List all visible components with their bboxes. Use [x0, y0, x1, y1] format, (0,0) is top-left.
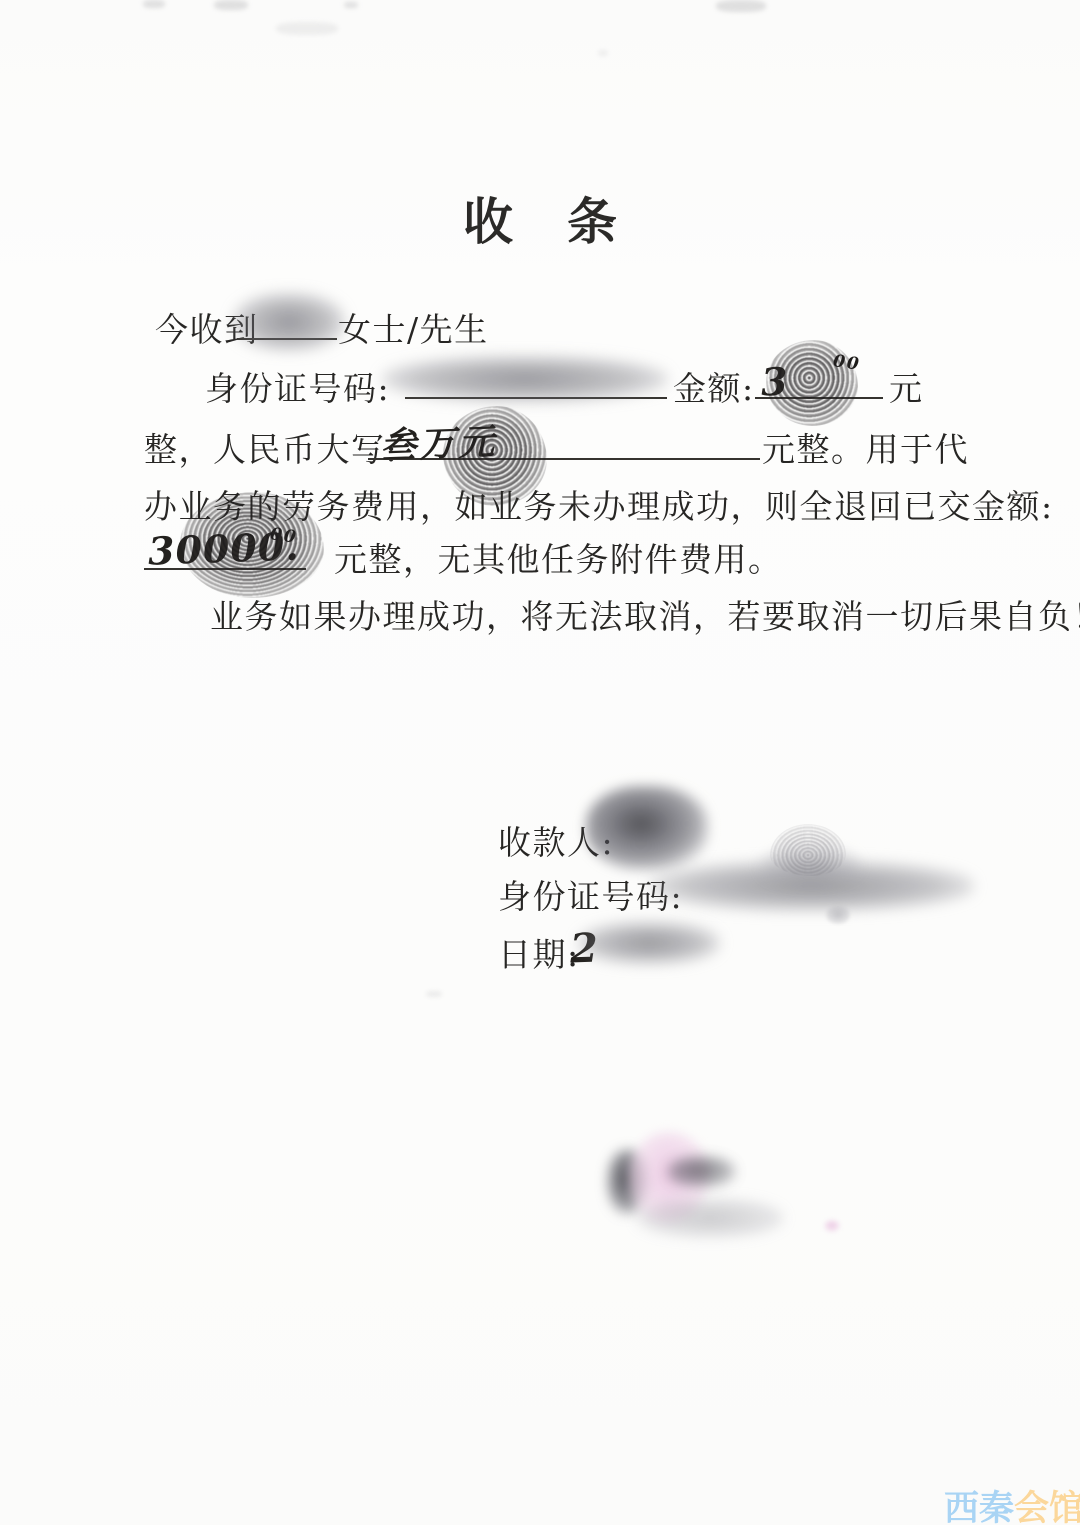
scan-artifact [598, 50, 608, 56]
amount-in-words-suffix: 元整。用于代 [762, 424, 969, 471]
scan-artifact [344, 2, 358, 8]
scan-artifact [426, 991, 442, 997]
line-received-from: 今收到 女士/先生 [155, 304, 635, 350]
pink-seal-dot [824, 1220, 840, 1232]
watermark-right: 会馆 [1014, 1489, 1080, 1525]
date-redaction [578, 922, 720, 964]
refund-clause-text: 元整，无其他任务附件费用。 [334, 534, 783, 581]
honorific-label: 女士/先生 [338, 304, 489, 351]
payer-id-redaction [382, 356, 668, 402]
line-cancellation-warning: 业务如果办理成功，将无法取消，若要取消一切后果自负！ [210, 591, 970, 631]
receipt-title: 收 条 [463, 182, 619, 254]
scan-artifact [143, 0, 165, 8]
payee-name-row: 收款人: [498, 817, 958, 861]
amount-in-words-label: 整，人民币大写: [144, 424, 398, 471]
amount-unit: 元 [889, 363, 924, 410]
stamp-date-smudge [636, 1198, 784, 1238]
payer-id-label: 身份证号码: [205, 363, 390, 410]
payee-fingerprint-smear [760, 845, 860, 885]
scan-artifact [214, 0, 248, 10]
scan-artifact [276, 22, 338, 35]
stamp-text-smudge [668, 1156, 736, 1188]
watermark-left: 西秦 [944, 1489, 1014, 1525]
amount-label: 金额: [673, 363, 755, 410]
cancellation-warning-text: 业务如果办理成功，将无法取消，若要取消一切后果自负！ [210, 591, 1080, 638]
amount-fingerprint [766, 340, 858, 426]
payer-name-redaction [233, 293, 345, 351]
refund-amount-fingerprint [180, 492, 324, 598]
site-watermark: 西秦会馆 [944, 1481, 1080, 1525]
receipt-document: 收 条 今收到 女士/先生 身份证号码: 金额: 3 00 元 整，人民币大写:… [0, 0, 1080, 1525]
scan-artifact [716, 0, 766, 12]
date-label: 日期: [498, 929, 580, 976]
payee-name-redaction [586, 786, 708, 870]
small-ink-mark [826, 906, 850, 924]
